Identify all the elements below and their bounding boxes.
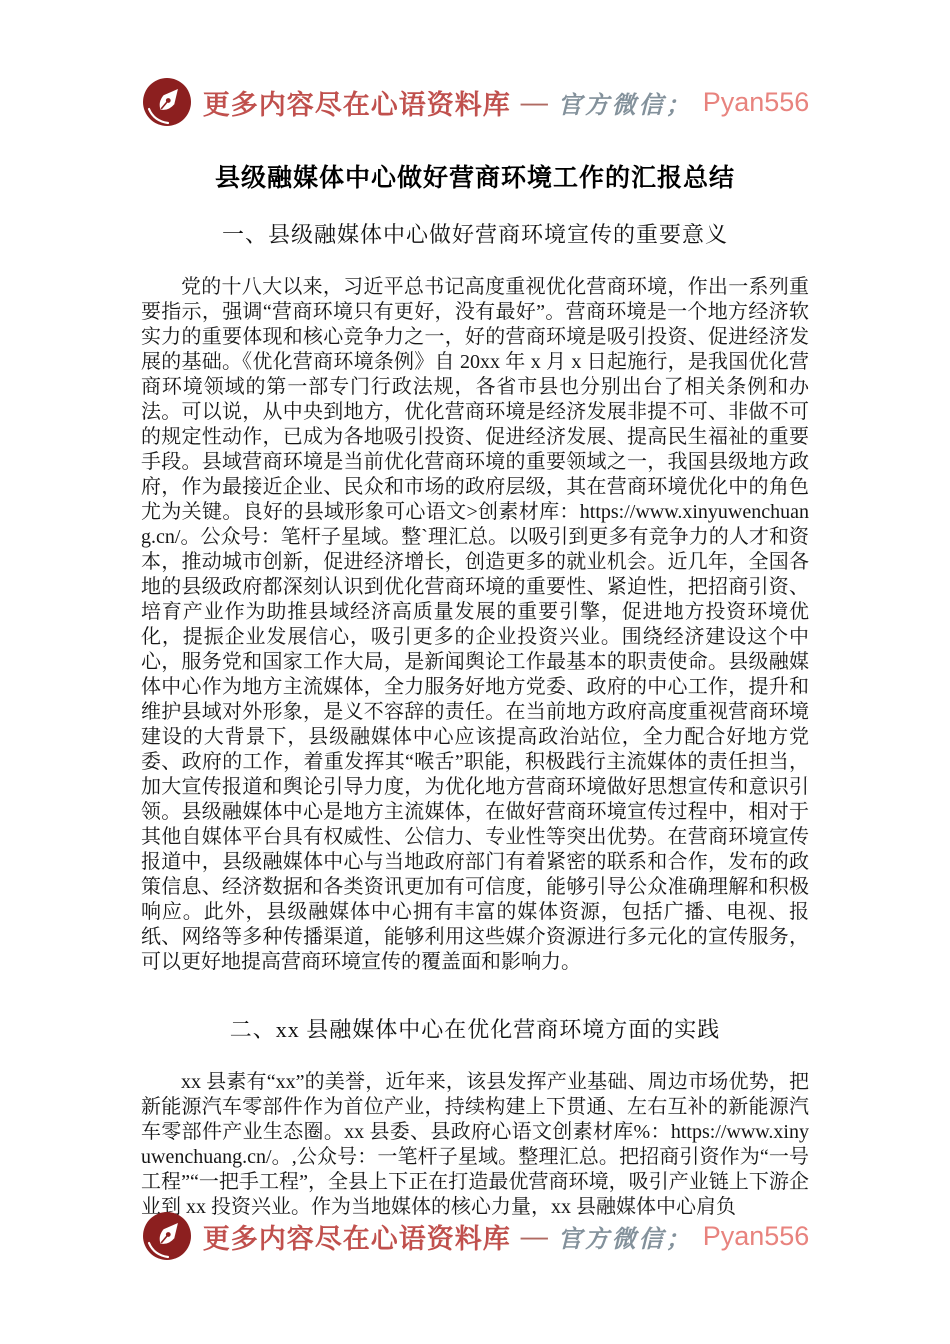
header-wechat-label: 官方微信； [558, 85, 693, 120]
header-wechat-id: Pyan556 [703, 87, 810, 118]
document-title: 县级融媒体中心做好营商环境工作的汇报总结 [0, 158, 950, 194]
header-banner: 更多内容尽在心语资料库—官方微信；Pyan556 [0, 0, 950, 128]
footer-banner-text: 更多内容尽在心语资料库 [203, 1217, 511, 1256]
brand-pen-logo-icon [141, 1210, 193, 1262]
footer-banner-dash: — [521, 1221, 548, 1252]
section-1-heading: 一、县级融媒体中心做好营商环境宣传的重要意义 [0, 218, 950, 249]
section-2-heading: 二、xx 县融媒体中心在优化营商环境方面的实践 [0, 1013, 950, 1044]
footer-wechat-label: 官方微信； [558, 1219, 693, 1254]
header-banner-text: 更多内容尽在心语资料库 [203, 83, 511, 122]
footer-banner: 更多内容尽在心语资料库—官方微信；Pyan556 [0, 1210, 950, 1262]
footer-wechat-id: Pyan556 [703, 1221, 810, 1252]
brand-pen-logo-icon [141, 76, 193, 128]
header-banner-dash: — [521, 87, 548, 118]
document-page: 更多内容尽在心语资料库—官方微信；Pyan556 县级融媒体中心做好营商环境工作… [0, 0, 950, 1344]
section-2-paragraph: xx 县素有“xx”的美誉，近年来，该县发挥产业基础、周边市场优势，把新能源汽车… [141, 1070, 809, 1220]
section-1-paragraph: 党的十八大以来，习近平总书记高度重视优化营商环境，作出一系列重要指示，强调“营商… [141, 275, 809, 975]
